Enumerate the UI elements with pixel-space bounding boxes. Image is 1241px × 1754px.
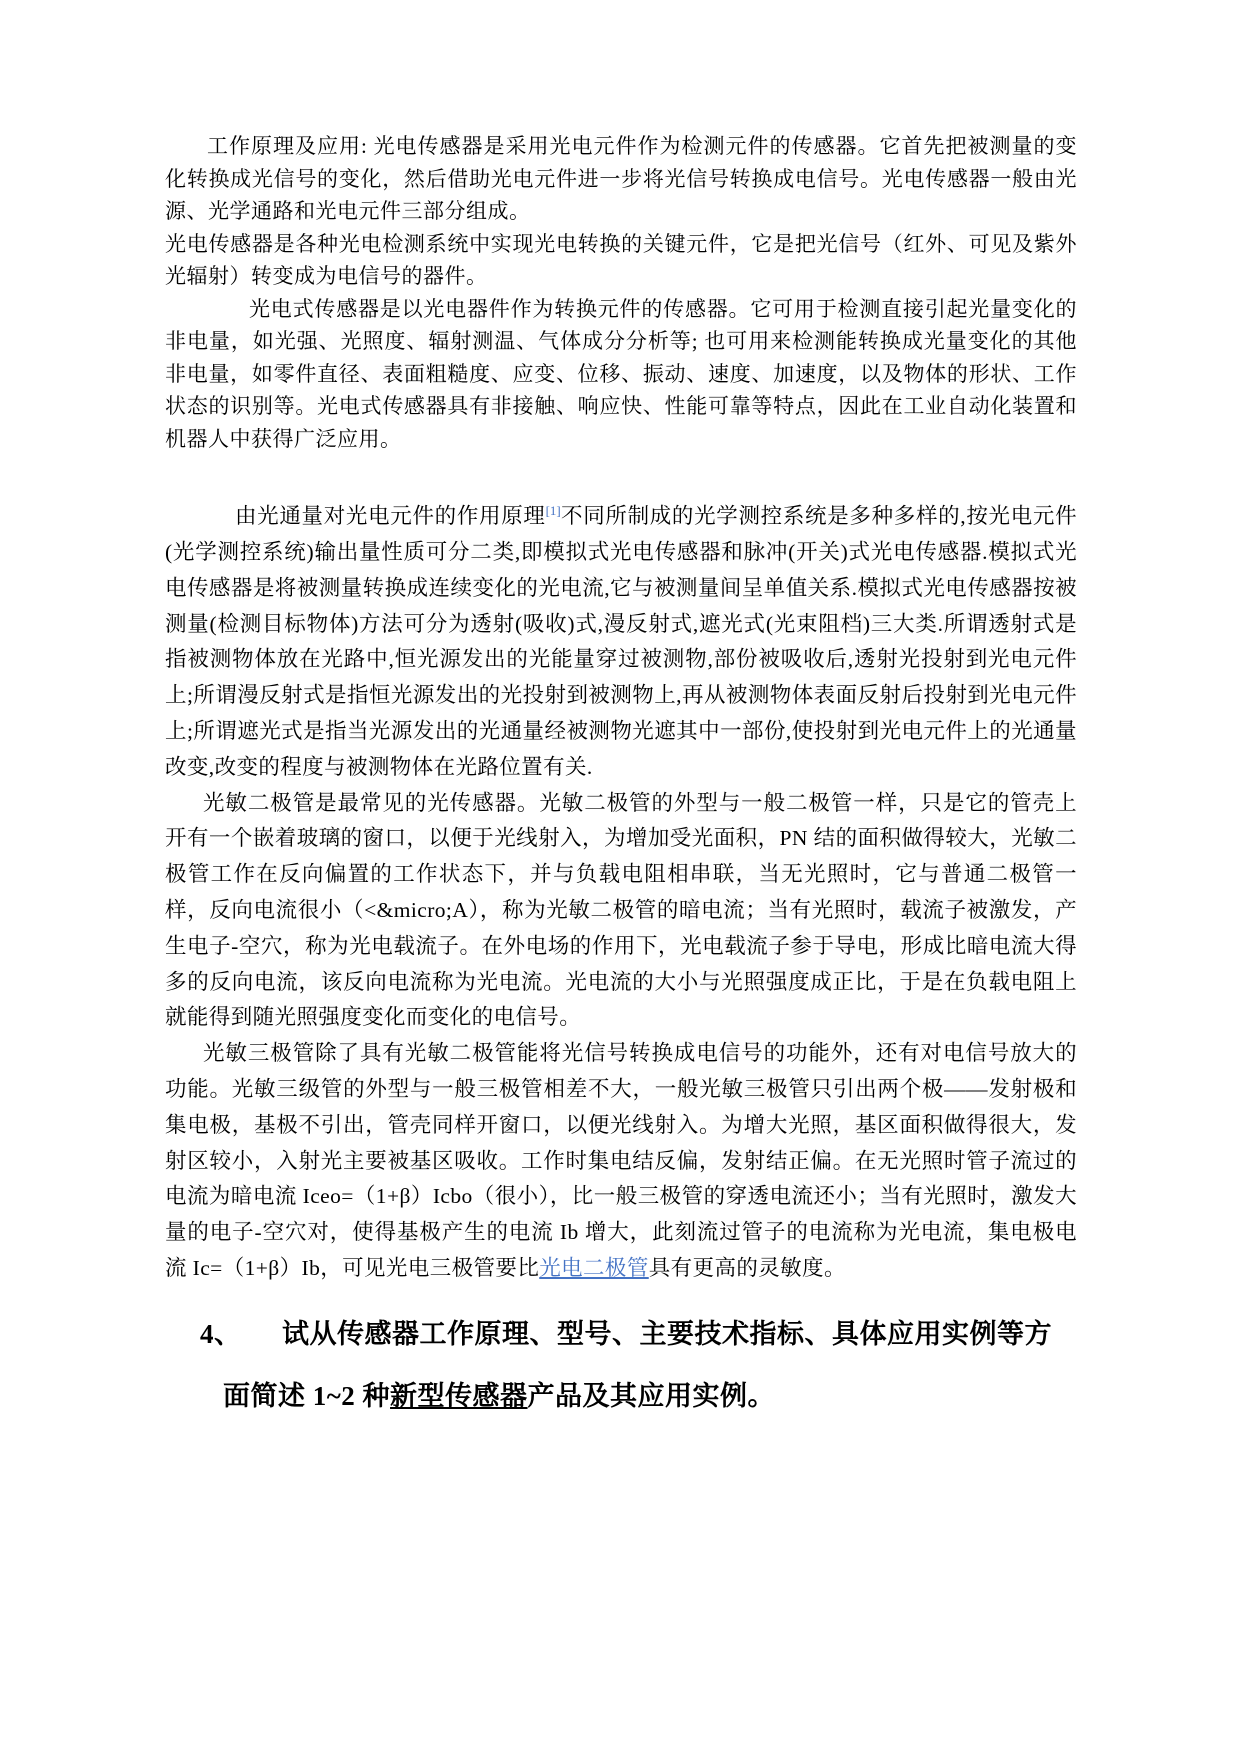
question-4-heading: 4、试从传感器工作原理、型号、主要技术指标、具体应用实例等方面简述 1~2 种新… [165, 1303, 1077, 1427]
blank-line [165, 455, 1077, 493]
paragraph-luminous-flux-classification: 由光通量对光电元件的作用原理[1]不同所制成的光学测控系统是多种多样的,按光电元… [165, 493, 1077, 786]
underlined-term: 新型传感器 [390, 1381, 528, 1411]
text-run: 具有更高的灵敏度。 [649, 1256, 846, 1280]
text-run: 光电式传感器是以光电器件作为转换元件的传感器。它可用于检测直接引起光量变化的非电… [165, 297, 1077, 451]
text-run: 光敏二极管是最常见的光传感器。光敏二极管的外型与一般二极管一样，只是它的管壳上开… [165, 791, 1077, 1030]
footnote-ref-link[interactable]: [1] [546, 503, 561, 518]
text-run: 产品及其应用实例。 [528, 1381, 776, 1411]
document-body: 工作原理及应用: 光电传感器是采用光电元件作为检测元件的传感器。它首先把被测量的… [165, 130, 1077, 1427]
paragraph-phototransistor: 光敏三极管除了具有光敏二极管能将光信号转换成电信号的功能外，还有对电信号放大的功… [165, 1036, 1077, 1287]
text-run: 光电传感器是各种光电检测系统中实现光电转换的关键元件，它是把光信号（红外、可见及… [165, 232, 1077, 289]
text-run: 由光通量对光电元件的作用原理 [235, 504, 546, 528]
paragraph-photoelectric-type: 光电式传感器是以光电器件作为转换元件的传感器。它可用于检测直接引起光量变化的非电… [165, 293, 1077, 456]
paragraph-working-principle: 工作原理及应用: 光电传感器是采用光电元件作为检测元件的传感器。它首先把被测量的… [165, 130, 1077, 228]
text-run: 不同所制成的光学测控系统是多种多样的,按光电元件(光学测控系统)输出量性质可分二… [165, 504, 1077, 779]
text-run: 工作原理及应用: 光电传感器是采用光电元件作为检测元件的传感器。它首先把被测量的… [165, 134, 1077, 223]
paragraph-key-component: 光电传感器是各种光电检测系统中实现光电转换的关键元件，它是把光信号（红外、可见及… [165, 228, 1077, 293]
text-run: 光敏三极管除了具有光敏二极管能将光信号转换成电信号的功能外，还有对电信号放大的功… [165, 1041, 1077, 1280]
photodiode-link[interactable]: 光电二极管 [539, 1256, 649, 1280]
heading-number: 4、 [200, 1303, 282, 1365]
paragraph-photodiode: 光敏二极管是最常见的光传感器。光敏二极管的外型与一般二极管一样，只是它的管壳上开… [165, 786, 1077, 1037]
document-page: 工作原理及应用: 光电传感器是采用光电元件作为检测元件的传感器。它首先把被测量的… [0, 0, 1241, 1754]
